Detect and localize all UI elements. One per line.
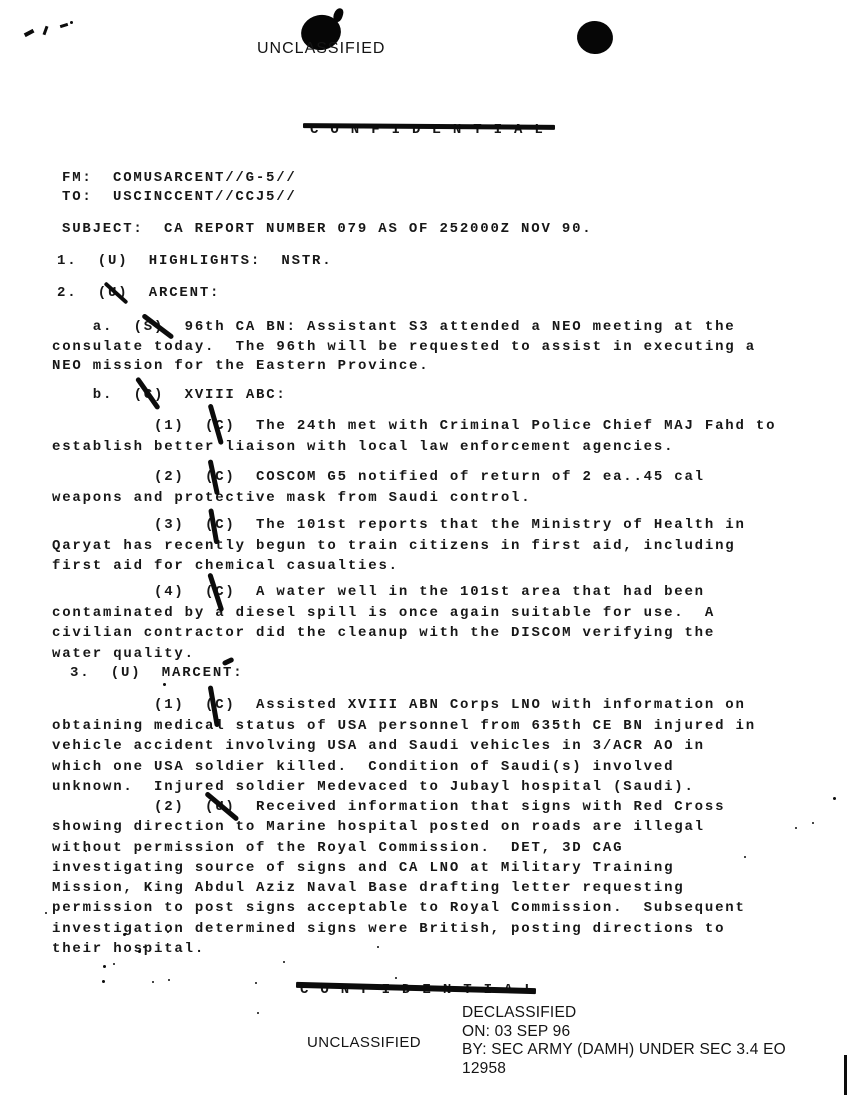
unclassified-stamp-top: UNCLASSIFIED bbox=[257, 40, 385, 58]
declassification-stamp: DECLASSIFIED ON: 03 SEP 96 BY: SEC ARMY … bbox=[462, 1004, 786, 1078]
address-block: FM: COMUSARCENT//G-5// TO: USCINCCENT//C… bbox=[62, 169, 297, 206]
scan-speck bbox=[167, 931, 169, 933]
para-2b3-101st-health: (3) (C) The 101st reports that the Minis… bbox=[52, 515, 746, 577]
scan-speck bbox=[143, 946, 145, 948]
pen-mark bbox=[24, 29, 34, 37]
scan-speck bbox=[377, 946, 379, 948]
item-3-marcent: 3. (U) MARCENT: bbox=[70, 663, 243, 684]
item-2-arcent: 2. (U) ARCENT: bbox=[57, 283, 220, 304]
scan-speck bbox=[283, 961, 285, 963]
para-3-2-red-cross-signs: (2) (U) Received information that signs … bbox=[52, 797, 746, 959]
scan-speck bbox=[102, 980, 105, 983]
pen-mark bbox=[70, 21, 73, 24]
item-1-highlights: 1. (U) HIGHLIGHTS: NSTR. bbox=[57, 251, 332, 272]
scan-speck bbox=[255, 982, 257, 984]
subject-line: SUBJECT: CA REPORT NUMBER 079 AS OF 2520… bbox=[62, 219, 592, 240]
ink-blot-right bbox=[575, 19, 614, 56]
scan-speck bbox=[45, 912, 47, 914]
scan-speck bbox=[138, 950, 141, 953]
scan-speck bbox=[812, 822, 814, 824]
scanned-document-page: UNCLASSIFIED C O N F I D E N T I A L FM:… bbox=[0, 0, 850, 1103]
scan-speck bbox=[395, 977, 397, 979]
scan-speck bbox=[103, 965, 106, 968]
pen-mark bbox=[43, 26, 49, 35]
para-2b-xviii-abc: b. (C) XVIII ABC: bbox=[52, 385, 287, 406]
scan-speck bbox=[85, 850, 87, 852]
para-2b1-24th: (1) (C) The 24th met with Criminal Polic… bbox=[52, 416, 776, 457]
scan-speck bbox=[257, 1012, 259, 1014]
scan-speck bbox=[123, 933, 126, 936]
scan-speck bbox=[152, 981, 154, 983]
scan-speck bbox=[168, 979, 170, 981]
para-3-1-accident: (1) (C) Assisted XVIII ABN Corps LNO wit… bbox=[52, 695, 756, 798]
pen-mark bbox=[60, 23, 69, 28]
scan-speck bbox=[113, 963, 115, 965]
scan-speck bbox=[833, 797, 836, 800]
para-2b4-water-well: (4) (C) A water well in the 101st area t… bbox=[52, 582, 715, 664]
scan-speck bbox=[795, 827, 797, 829]
scan-edge-mark bbox=[844, 1055, 847, 1095]
para-2b2-coscom: (2) (C) COSCOM G5 notified of return of … bbox=[52, 467, 705, 508]
scan-speck bbox=[744, 856, 746, 858]
unclassified-stamp-bottom: UNCLASSIFIED bbox=[307, 1034, 421, 1051]
scan-speck bbox=[163, 683, 166, 686]
